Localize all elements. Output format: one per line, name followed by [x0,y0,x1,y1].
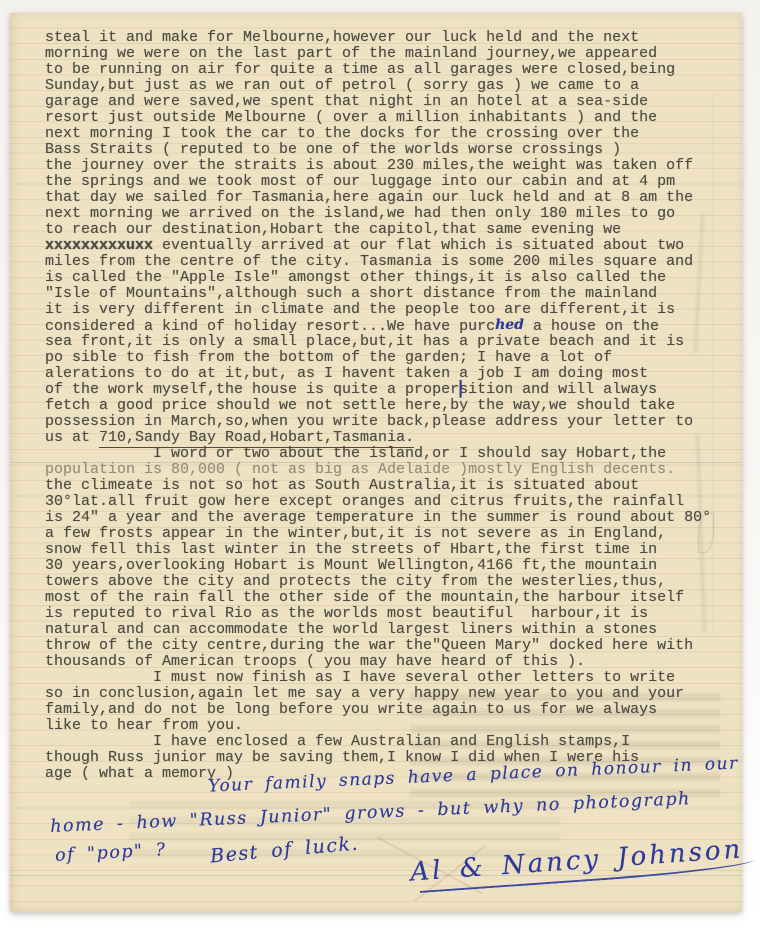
typed-line: po sible to fish from the bottom of the … [45,350,724,366]
typed-line: morning we were on the last part of the … [45,46,724,62]
typed-line: population is 80,000 ( not as big as Ade… [45,462,724,478]
typed-line: possession in March,so,when you write ba… [45,414,724,430]
typed-line: alerations to do at it,but, as I havent … [45,366,724,382]
letter-paper: steal it and make for Melbourne,however … [10,13,742,912]
typed-text: steal it and make for Melbourne,however … [45,30,724,782]
typed-line: thousands of American troops ( you may h… [45,654,724,670]
typed-line: so in conclusion,again let me say a very… [45,686,724,702]
typed-line: 30 years,overlooking Hobart is Mount Wel… [45,558,724,574]
typed-line: the springs and we took most of our lugg… [45,174,724,190]
typed-line: to be running on air for quite a time as… [45,62,724,78]
typed-line: snow fell this last winter in the street… [45,542,724,558]
typed-line: is 24" a year and the average temperatur… [45,510,724,526]
typed-line: us at 710,Sandy Bay Road,Hobart,Tasmania… [45,430,724,446]
typed-line: resort just outside Melbourne ( over a m… [45,110,724,126]
typed-line: is called the "Apple Isle" amongst other… [45,270,724,286]
typed-line: like to hear from you. [45,718,724,734]
typed-line: towers above the city and protects the c… [45,574,724,590]
typed-line: steal it and make for Melbourne,however … [45,30,724,46]
typed-line: next morning I took the car to the docks… [45,126,724,142]
typed-line: garage and were saved,we spent that nigh… [45,94,724,110]
typed-line: the climeate is not so hot as South Aust… [45,478,724,494]
typed-line: sea front,it is only a small place,but,i… [45,334,724,350]
typed-line: I word or two about the island,or I shou… [45,446,724,462]
typed-line: most of the rain fall the other side of … [45,590,724,606]
typed-line: that day we sailed for Tasmania,here aga… [45,190,724,206]
typed-line: Bass Straits ( reputed to be one of the … [45,142,724,158]
typed-line: it is very different in climate and the … [45,302,724,318]
typed-line: the journey over the straits is about 23… [45,158,724,174]
typed-line: "Isle of Mountains",although such a shor… [45,286,724,302]
typed-line: fetch a good price should we not settle … [45,398,724,414]
typed-line: Sunday,but just as we ran out of petrol … [45,78,724,94]
typed-line: family,and do not be long before you wri… [45,702,724,718]
scanned-letter: steal it and make for Melbourne,however … [0,0,760,928]
typed-line: a few frosts appear in the winter,but,it… [45,526,724,542]
typed-line: considered a kind of holiday resort...We… [45,318,724,334]
typed-line: miles from the centre of the city. Tasma… [45,254,724,270]
typed-line: to reach our destination,Hobart the capi… [45,222,724,238]
typed-line: I must now finish as I have several othe… [45,670,724,686]
typed-line: throw of the city centre,during the war … [45,638,724,654]
typed-line: I have enclosed a few Australian and Eng… [45,734,724,750]
typed-line: 30°lat.all fruit gow here except oranges… [45,494,724,510]
typed-line: xxxxxxxxxuxx eventually arrived at our f… [45,238,724,254]
typed-line: natural and can accommodate the world la… [45,622,724,638]
typed-line: of the work myself,the house is quite a … [45,382,724,398]
typed-line: next morning we arrived on the island,we… [45,206,724,222]
typed-line: is reputed to rival Rio as the worlds mo… [45,606,724,622]
